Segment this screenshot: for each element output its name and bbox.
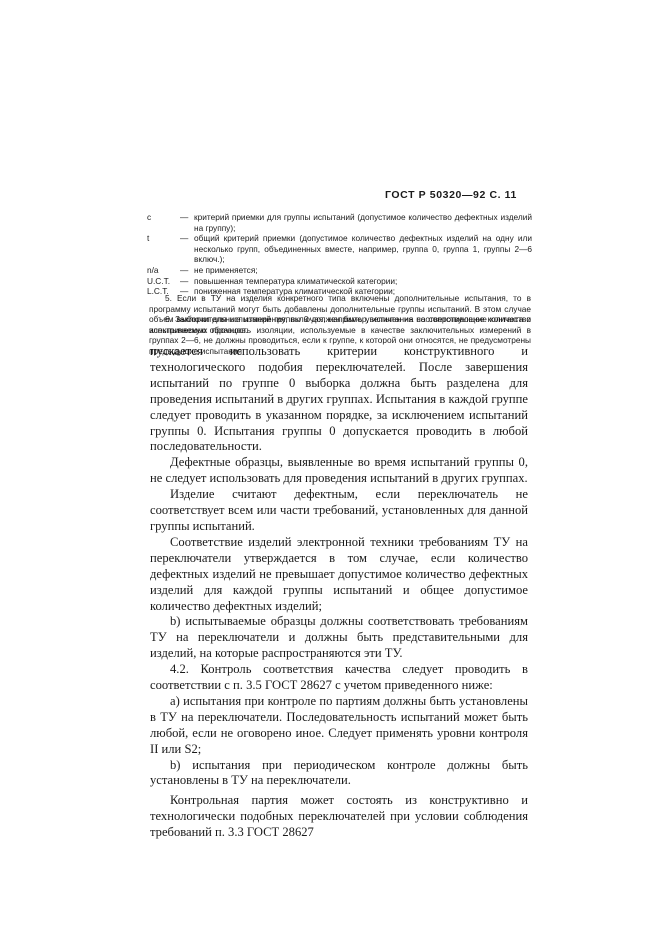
legend-symbol: n/a bbox=[147, 265, 180, 276]
legend-text: общий критерий приемки (допустимое колич… bbox=[194, 233, 532, 265]
legend-row: c — критерий приемки для группы испытани… bbox=[147, 212, 532, 233]
legend-symbol: U.C.T. bbox=[147, 276, 180, 287]
legend-row: t — общий критерий приемки (допустимое к… bbox=[147, 233, 532, 265]
main-text: пускается использовать критерии конструк… bbox=[150, 344, 528, 841]
legend-dash: — bbox=[180, 233, 194, 265]
legend-symbol: t bbox=[147, 233, 180, 265]
paragraph-continuation: пускается использовать критерии конструк… bbox=[150, 344, 528, 455]
paragraph-item-b-periodic-control: b) испытания при периодическом контроле … bbox=[150, 758, 528, 790]
legend-dash: — bbox=[180, 265, 194, 276]
legend-text: критерий приемки для группы испытаний (д… bbox=[194, 212, 532, 233]
paragraph-conformity: Соответствие изделий электронной техники… bbox=[150, 535, 528, 615]
paragraph-item-b: b) испытываемые образцы должны соответст… bbox=[150, 614, 528, 662]
paragraph-section-4-2: 4.2. Контроль соответствия качества след… bbox=[150, 662, 528, 694]
paragraph-defective-definition: Изделие считают дефектным, если переключ… bbox=[150, 487, 528, 535]
legend-text: не применяется; bbox=[194, 265, 532, 276]
paragraph-defective-samples: Дефектные образцы, выявленные во время и… bbox=[150, 455, 528, 487]
legend-row: n/a — не применяется; bbox=[147, 265, 532, 276]
legend-dash: — bbox=[180, 212, 194, 233]
paragraph-control-lot: Контрольная партия может состоять из кон… bbox=[150, 793, 528, 841]
symbol-legend: c — критерий приемки для группы испытани… bbox=[147, 212, 532, 297]
legend-symbol: c bbox=[147, 212, 180, 233]
page-header-doc-ref: ГОСТ Р 50320—92 С. 11 bbox=[385, 189, 517, 201]
legend-text: повышенная температура климатической кат… bbox=[194, 276, 532, 287]
legend-row: U.C.T. — повышенная температура климатич… bbox=[147, 276, 532, 287]
legend-dash: — bbox=[180, 276, 194, 287]
paragraph-item-a-lot-control: а) испытания при контроле по партиям дол… bbox=[150, 694, 528, 758]
